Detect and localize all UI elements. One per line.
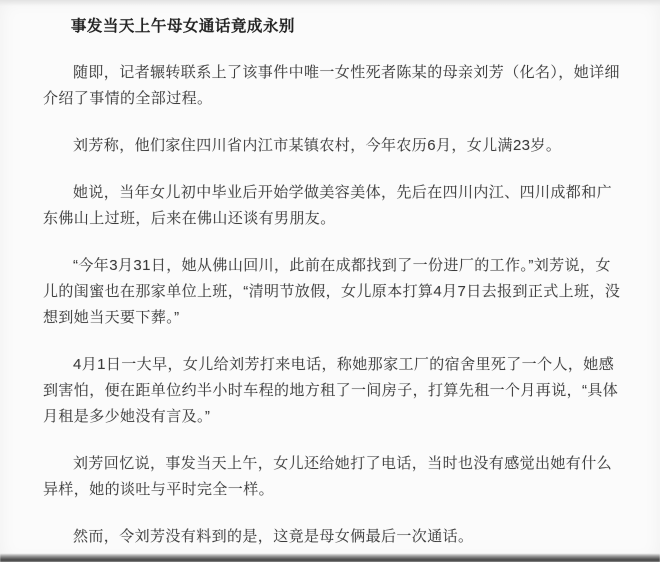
paragraph: 刘芳回忆说，事发当天上午，女儿还给她打了电话，当时也没有感觉出她有什么异样，她的… xyxy=(43,451,622,503)
paragraph: 然而，令刘芳没有料到的是，这竟是母女俩最后一次通话。 xyxy=(43,524,622,550)
article-body: 事发当天上午母女通话竟成永别 随即，记者辗转联系上了该事件中唯一女性死者陈某的母… xyxy=(43,14,622,550)
bottom-edge-strip xyxy=(0,554,660,562)
paragraph: 她说，当年女儿初中毕业后开始学做美容美体，先后在四川内江、四川成都和广东佛山上过… xyxy=(43,180,622,232)
article-page: 事发当天上午母女通话竟成永别 随即，记者辗转联系上了该事件中唯一女性死者陈某的母… xyxy=(0,0,660,562)
paragraph: 随即，记者辗转联系上了该事件中唯一女性死者陈某的母亲刘芳（化名），她详细介绍了事… xyxy=(43,60,622,112)
paragraph: 刘芳称，他们家住四川省内江市某镇农村，今年农历6月，女儿满23岁。 xyxy=(43,133,622,159)
paragraph: 4月1日一大早，女儿给刘芳打来电话，称她那家工厂的宿舍里死了一个人，她感到害怕，… xyxy=(43,352,622,430)
paragraph: “今年3月31日，她从佛山回川，此前在成都找到了一份进厂的工作。”刘芳说，女儿的… xyxy=(43,253,622,331)
article-title: 事发当天上午母女通话竟成永别 xyxy=(43,14,622,40)
